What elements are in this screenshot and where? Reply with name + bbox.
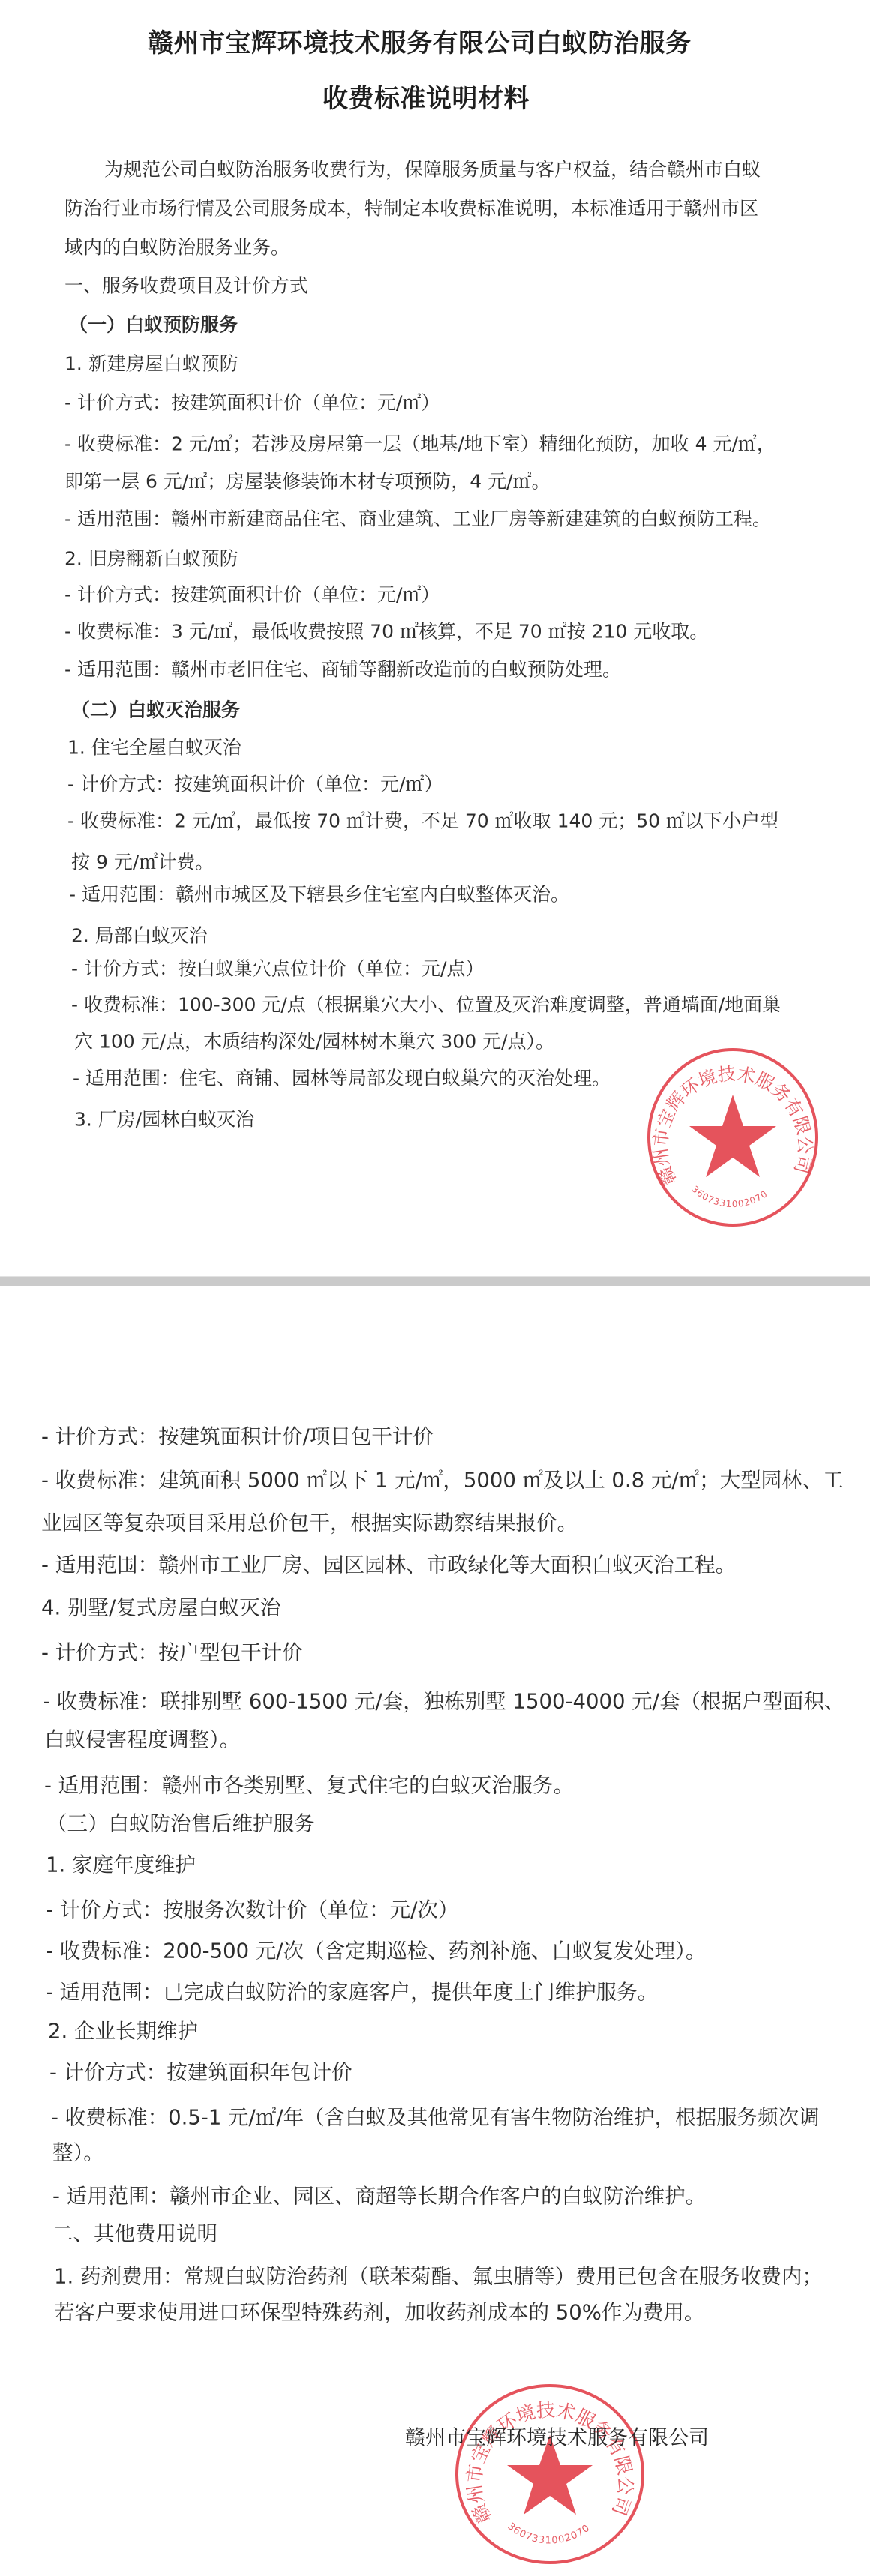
- item-heading: 3. 厂房/园林白蚁灭治: [74, 1110, 254, 1129]
- pricing-method: - 计价方式：按建筑面积计价（单位：元/㎡）: [64, 394, 439, 412]
- pricing-method: - 计价方式：按白蚁巢穴点位计价（单位：元/点）: [71, 960, 484, 978]
- other-fee-item-cont: 若客户要求使用进口环保型特殊药剂，加收药剂成本的 50%作为费用。: [54, 2302, 704, 2323]
- fee-standard: - 收费标准：联排别墅 600-1500 元/套，独栋别墅 1500-4000 …: [43, 1691, 844, 1712]
- fee-standard: - 收费标准：200-500 元/次（含定期巡检、药剂补施、白蚁复发处理）。: [46, 1941, 706, 1962]
- item-heading: 1. 住宅全屋白蚁灭治: [67, 738, 241, 757]
- intro-paragraph-line: 域内的白蚁防治服务业务。: [64, 238, 289, 257]
- document-page-2: - 计价方式：按建筑面积计价/项目包干计价 - 收费标准：建筑面积 5000 ㎡…: [0, 1286, 870, 2576]
- other-fee-item: 1. 药剂费用：常规白蚁防治药剂（联苯菊酯、氟虫腈等）费用已包含在服务收费内；: [54, 2266, 823, 2287]
- fee-standard-cont: 穴 100 元/点，木质结构深处/园林树木巢穴 300 元/点）。: [74, 1032, 554, 1051]
- item-heading: 2. 旧房翻新白蚁预防: [64, 550, 238, 568]
- pricing-method: - 计价方式：按户型包干计价: [41, 1643, 303, 1664]
- pricing-method: - 计价方式：按建筑面积计价（单位：元/㎡）: [67, 775, 442, 794]
- scope: - 适用范围：已完成白蚁防治的家庭客户，提供年度上门维护服务。: [46, 1982, 658, 2003]
- pricing-method: - 计价方式：按建筑面积计价（单位：元/㎡）: [64, 586, 439, 604]
- company-seal-stamp: 赣州市宝辉环境技术服务有限公司 3607331002070: [452, 2383, 647, 2566]
- seal-icon: 赣州市宝辉环境技术服务有限公司 3607331002070: [452, 2383, 647, 2566]
- scope: - 适用范围：赣州市各类别墅、复式住宅的白蚁灭治服务。: [44, 1775, 574, 1796]
- document-title-line1: 赣州市宝辉环境技术服务有限公司白蚁防治服务: [148, 31, 691, 56]
- fee-standard-cont: 白蚁侵害程度调整）。: [44, 1730, 240, 1751]
- scope: - 适用范围：赣州市企业、园区、商超等长期合作客户的白蚁防治维护。: [52, 2186, 706, 2207]
- fee-standard: - 收费标准：100-300 元/点（根据巢穴大小、位置及灭治难度调整，普通墙面…: [71, 996, 781, 1014]
- scope: - 适用范围：赣州市新建商品住宅、商业建筑、工业厂房等新建建筑的白蚁预防工程。: [64, 510, 771, 529]
- section-heading: 二、其他费用说明: [52, 2224, 217, 2245]
- fee-standard-cont: 即第一层 6 元/㎡；房屋装修装饰木材专项预防，4 元/㎡。: [64, 472, 550, 491]
- item-heading: 2. 企业长期维护: [48, 2021, 198, 2042]
- scope: - 适用范围：赣州市城区及下辖县乡住宅室内白蚁整体灭治。: [69, 885, 569, 904]
- signature-company-name: 赣州市宝辉环境技术服务有限公司: [405, 2428, 709, 2449]
- scope: - 适用范围：赣州市工业厂房、园区园林、市政绿化等大面积白蚁灭治工程。: [41, 1555, 736, 1576]
- document-title-line2: 收费标准说明材料: [322, 86, 529, 112]
- svg-text:3607331002070: 3607331002070: [505, 2521, 592, 2546]
- pricing-method: - 计价方式：按建筑面积年包计价: [49, 2062, 352, 2083]
- item-heading: 4. 别墅/复式房屋白蚁灭治: [41, 1598, 280, 1619]
- item-heading: 1. 新建房屋白蚁预防: [64, 355, 238, 373]
- subsection-heading: （二）白蚁灭治服务: [71, 701, 240, 720]
- fee-standard: - 收费标准：建筑面积 5000 ㎡以下 1 元/㎡，5000 ㎡及以上 0.8…: [41, 1470, 844, 1491]
- fee-standard-cont: 整）。: [52, 2143, 104, 2164]
- document-page-1: 赣州市宝辉环境技术服务有限公司白蚁防治服务 收费标准说明材料 为规范公司白蚁防治…: [0, 0, 870, 1276]
- seal-icon: 赣州市宝辉环境技术服务有限公司 3607331002070: [639, 1044, 826, 1231]
- scope: - 适用范围：赣州市老旧住宅、商铺等翻新改造前的白蚁预防处理。: [64, 660, 621, 679]
- intro-paragraph-line: 防治行业市场行情及公司服务成本，特制定本收费标准说明，本标准适用于赣州市区: [64, 199, 758, 218]
- section-heading: 一、服务收费项目及计价方式: [64, 277, 308, 295]
- fee-standard: - 收费标准：0.5-1 元/㎡/年（含白蚁及其他常见有害生物防治维护，根据服务…: [51, 2107, 820, 2128]
- svg-text:3607331002070: 3607331002070: [690, 1184, 770, 1209]
- subsection-heading: （一）白蚁预防服务: [69, 316, 238, 334]
- fee-standard-cont: 按 9 元/㎡计费。: [71, 853, 214, 872]
- scope: - 适用范围：住宅、商铺、园林等局部发现白蚁巢穴的灭治处理。: [73, 1069, 610, 1088]
- fee-standard: - 收费标准：2 元/㎡，最低按 70 ㎡计费，不足 70 ㎡收取 140 元；…: [67, 812, 778, 831]
- subsection-heading: （三）白蚁防治售后维护服务: [46, 1814, 315, 1835]
- fee-standard-cont: 业园区等复杂项目采用总价包干，根据实际勘察结果报价。: [41, 1513, 577, 1534]
- fee-standard: - 收费标准：3 元/㎡，最低收费按照 70 ㎡核算，不足 70 ㎡按 210 …: [64, 622, 708, 641]
- page-separator: [0, 1276, 870, 1286]
- item-heading: 2. 局部白蚁灭治: [71, 927, 208, 945]
- intro-paragraph-line: 为规范公司白蚁防治服务收费行为，保障服务质量与客户权益，结合赣州市白蚁: [104, 160, 760, 179]
- pricing-method: - 计价方式：按服务次数计价（单位：元/次）: [46, 1900, 458, 1921]
- item-heading: 1. 家庭年度维护: [46, 1855, 196, 1876]
- fee-standard: - 收费标准：2 元/㎡；若涉及房屋第一层（地基/地下室）精细化预防，加收 4 …: [64, 435, 775, 454]
- company-seal-stamp: 赣州市宝辉环境技术服务有限公司 3607331002070: [639, 1044, 826, 1231]
- pricing-method: - 计价方式：按建筑面积计价/项目包干计价: [41, 1427, 433, 1448]
